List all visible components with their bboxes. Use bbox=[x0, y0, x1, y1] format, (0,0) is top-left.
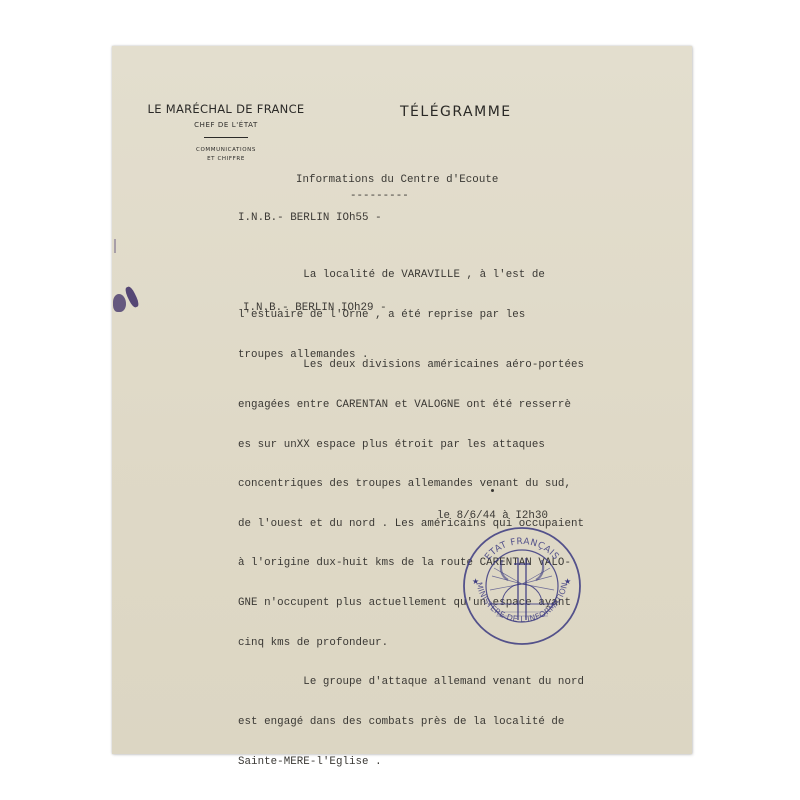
body-line: est engagé dans des combats près de la l… bbox=[238, 716, 584, 729]
dispatch-header: I.N.B.- BERLIN IOh55 - bbox=[238, 212, 382, 224]
body-line: Le groupe d'attaque allemand venant du n… bbox=[238, 676, 584, 689]
body-line: concentriques des troupes allemandes ven… bbox=[238, 478, 584, 491]
body-line: es sur unXX espace plus étroit par les a… bbox=[238, 439, 584, 452]
stamp-bottom-text: MINISTERE DE L'INFORMATION bbox=[474, 581, 569, 624]
ink-smudge bbox=[113, 294, 126, 312]
body-line: Sainte-MERE-l'Eglise . bbox=[238, 756, 584, 769]
section-heading: Informations du Centre d'Ecoute bbox=[296, 174, 498, 186]
department-line-1: COMMUNICATIONS bbox=[136, 146, 316, 155]
ink-smudge bbox=[124, 285, 141, 308]
star-icon: ★ bbox=[472, 577, 479, 586]
star-icon: ★ bbox=[564, 577, 571, 586]
department-line-2: ET CHIFFRE bbox=[136, 155, 316, 164]
letterhead-subtitle: CHEF DE L'ÉTAT bbox=[136, 121, 316, 129]
dispatch-header: I.N.B.- BERLIN IOh29 - bbox=[243, 302, 387, 314]
official-seal-stamp-icon: ETAT FRANÇAIS MINISTERE DE L'INFORMATION… bbox=[458, 524, 586, 648]
body-line: Les deux divisions américaines aéro-port… bbox=[238, 359, 584, 372]
heading-underline: --------- bbox=[350, 190, 409, 202]
date-time-signoff: le 8/6/44 à I2h30 bbox=[437, 510, 548, 522]
letterhead: LE MARÉCHAL DE FRANCE CHEF DE L'ÉTAT COM… bbox=[136, 102, 316, 164]
ink-smudge bbox=[114, 239, 116, 253]
ink-dot bbox=[491, 489, 494, 492]
body-line: engagées entre CARENTAN et VALOGNE ont é… bbox=[238, 399, 584, 412]
letterhead-divider bbox=[204, 137, 248, 138]
letterhead-title: LE MARÉCHAL DE FRANCE bbox=[136, 102, 316, 116]
telegram-document: LE MARÉCHAL DE FRANCE CHEF DE L'ÉTAT COM… bbox=[112, 46, 692, 754]
document-type-title: TÉLÉGRAMME bbox=[400, 104, 512, 120]
body-line: La localité de VARAVILLE , à l'est de bbox=[238, 269, 545, 282]
